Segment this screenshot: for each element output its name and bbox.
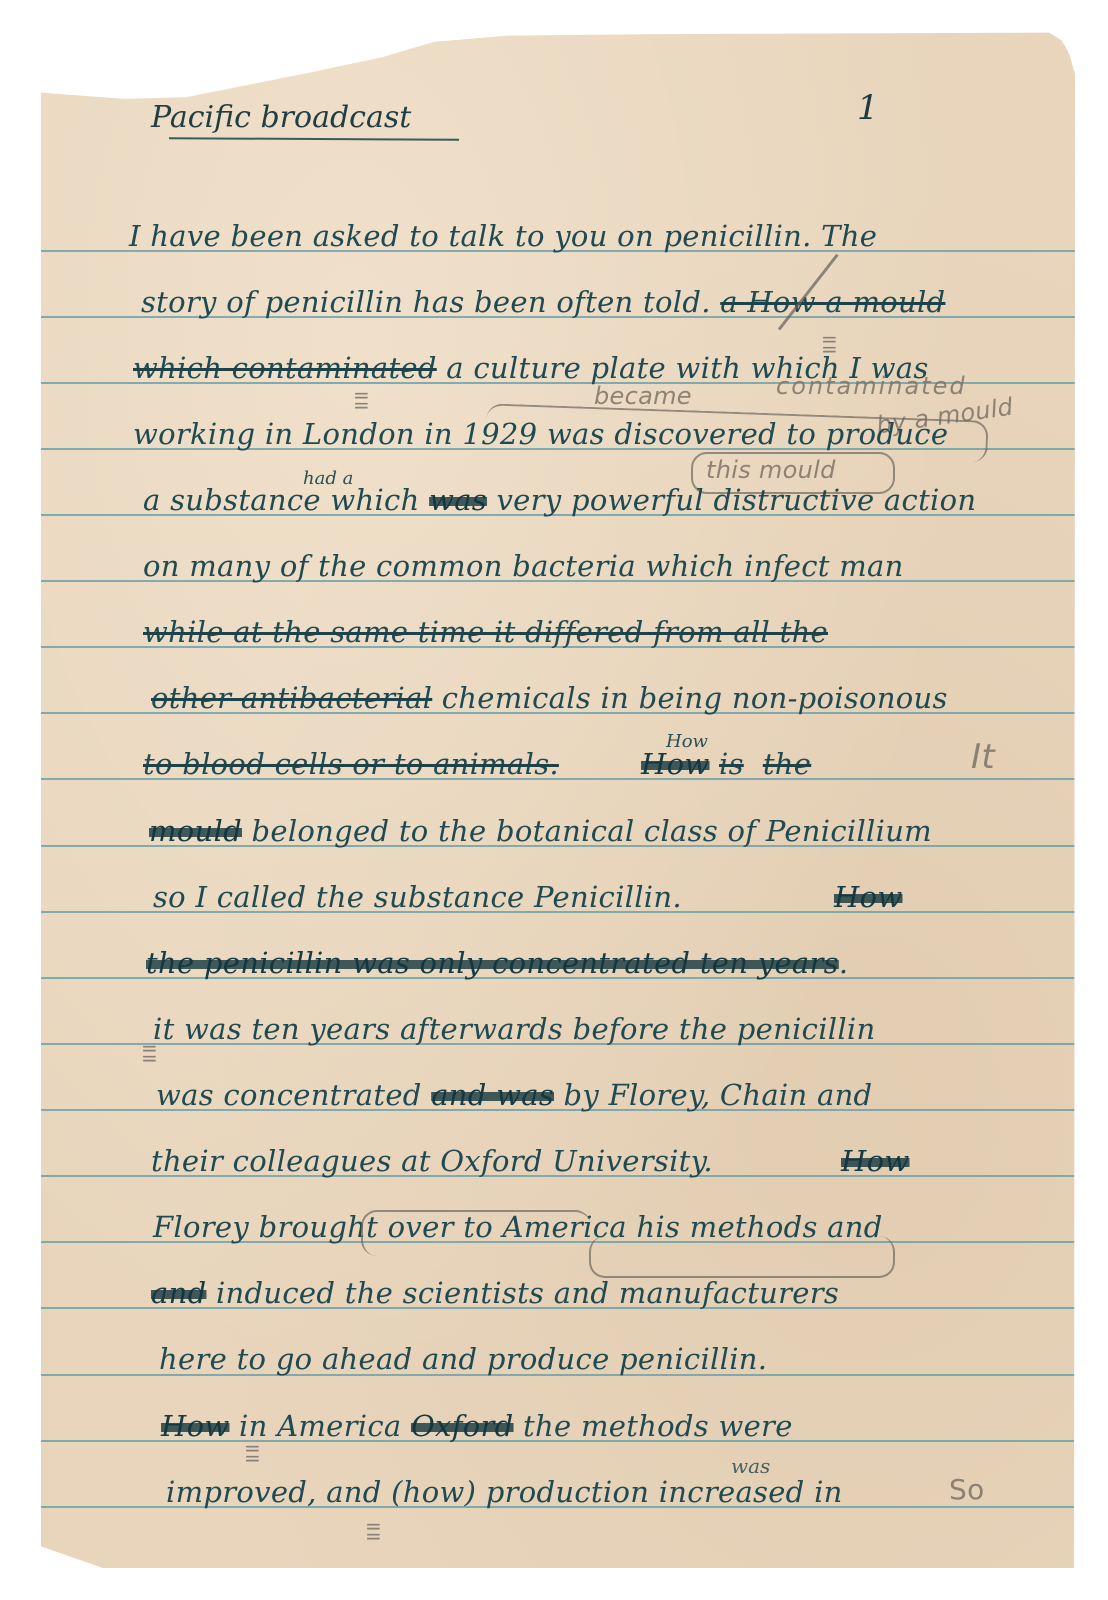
struck-text: and was xyxy=(431,1078,554,1112)
struck-is: is xyxy=(719,747,744,781)
line-text: Florey brought xyxy=(153,1210,388,1244)
text-line-11: so I called the substance Penicillin. xyxy=(153,883,682,912)
line-text: increased in xyxy=(659,1475,843,1509)
line-text: story of penicillin has been often told. xyxy=(141,285,720,319)
struck-how: How xyxy=(834,880,902,914)
pencil-loop-his-methods xyxy=(589,1236,895,1278)
text-line-14: was concentrated and was by Florey, Chai… xyxy=(156,1081,872,1110)
pencil-equals-mark: == xyxy=(141,1043,158,1063)
text-line-9-continuation: How is the xyxy=(641,750,811,779)
line-text: so I called the substance Penicillin. xyxy=(153,880,682,914)
page-title: Pacific broadcast xyxy=(151,100,411,135)
line-text: a substance which xyxy=(143,483,429,517)
text-line-18: here to go ahead and produce penicillin. xyxy=(159,1345,767,1374)
struck-how: How xyxy=(161,1409,229,1443)
line-text: improved, and xyxy=(166,1475,391,1509)
pencil-insert-became: became xyxy=(594,384,692,408)
line-text: . xyxy=(839,946,849,980)
struck-how: How xyxy=(841,1144,909,1178)
text-line-13: it was ten years afterwards before the p… xyxy=(153,1015,875,1044)
line-text: their colleagues at Oxford University. xyxy=(151,1144,713,1178)
manuscript-page: Pacific broadcast 1 I have been asked to… xyxy=(41,28,1075,1568)
text-line-15: their colleagues at Oxford University. xyxy=(151,1147,713,1176)
line-text: very powerful distructive action xyxy=(487,483,976,517)
text-line-6: on many of the common bacteria which inf… xyxy=(143,552,904,581)
text-line-11-tail: How xyxy=(834,883,902,912)
struck-text: was xyxy=(429,483,487,517)
line-text: the methods were xyxy=(514,1409,793,1443)
text-line-7: while at the same time it differed from … xyxy=(143,618,828,647)
text-line-5: a substance which was very powerful dist… xyxy=(143,486,976,515)
parenthesized-text: (how) xyxy=(391,1475,476,1509)
line-text: induced the scientists and manufacturers xyxy=(206,1276,839,1310)
struck-text: and xyxy=(151,1276,206,1310)
struck-text: which contaminated xyxy=(133,351,437,385)
pencil-insert-it: It xyxy=(971,740,995,774)
text-line-9: to blood cells or to animals. xyxy=(143,750,559,779)
line-text: production xyxy=(476,1475,658,1509)
text-line-17: and induced the scientists and manufactu… xyxy=(151,1279,839,1308)
line-text: working in London in 1929 xyxy=(133,417,547,451)
pencil-equals-mark: == xyxy=(244,1443,261,1463)
text-line-10: mould belonged to the botanical class of… xyxy=(149,817,932,846)
struck-text: the penicillin was only concentrated ten… xyxy=(146,946,839,980)
struck-text: while at the same time it differed from … xyxy=(143,615,828,649)
text-line-8: other antibacterial chemicals in being n… xyxy=(151,684,948,713)
scribbled-how: How xyxy=(641,747,709,781)
struck-oxford: Oxford xyxy=(411,1409,514,1443)
pencil-equals-mark: == xyxy=(365,1521,382,1541)
text-line-2: story of penicillin has been often told.… xyxy=(141,288,945,317)
struck-text: to blood cells or to animals. xyxy=(143,747,559,781)
page-number: 1 xyxy=(857,88,879,128)
struck-the: the xyxy=(763,747,811,781)
line-text: by Florey, Chain and xyxy=(554,1078,872,1112)
title-underline xyxy=(169,137,459,141)
pencil-insert-contaminated: contaminated xyxy=(776,374,967,398)
struck-text: mould xyxy=(149,814,242,848)
line-text: chemicals in being non-poisonous xyxy=(432,681,947,715)
text-line-15-tail: How xyxy=(841,1147,909,1176)
pencil-insert-so: So xyxy=(949,1476,985,1504)
text-line-1: I have been asked to talk to you on peni… xyxy=(129,222,877,251)
pencil-loop-over-to-america xyxy=(361,1210,591,1256)
struck-text: other antibacterial xyxy=(151,681,432,715)
struck-text: a How a mould xyxy=(720,285,945,319)
pencil-equals-mark: == xyxy=(353,390,370,410)
text-line-12: the penicillin was only concentrated ten… xyxy=(146,949,848,978)
line-text: was concentrated xyxy=(156,1078,431,1112)
text-line-20: improved, and (how) production increased… xyxy=(166,1478,843,1507)
line-text: belonged to the botanical class of Penic… xyxy=(242,814,932,848)
